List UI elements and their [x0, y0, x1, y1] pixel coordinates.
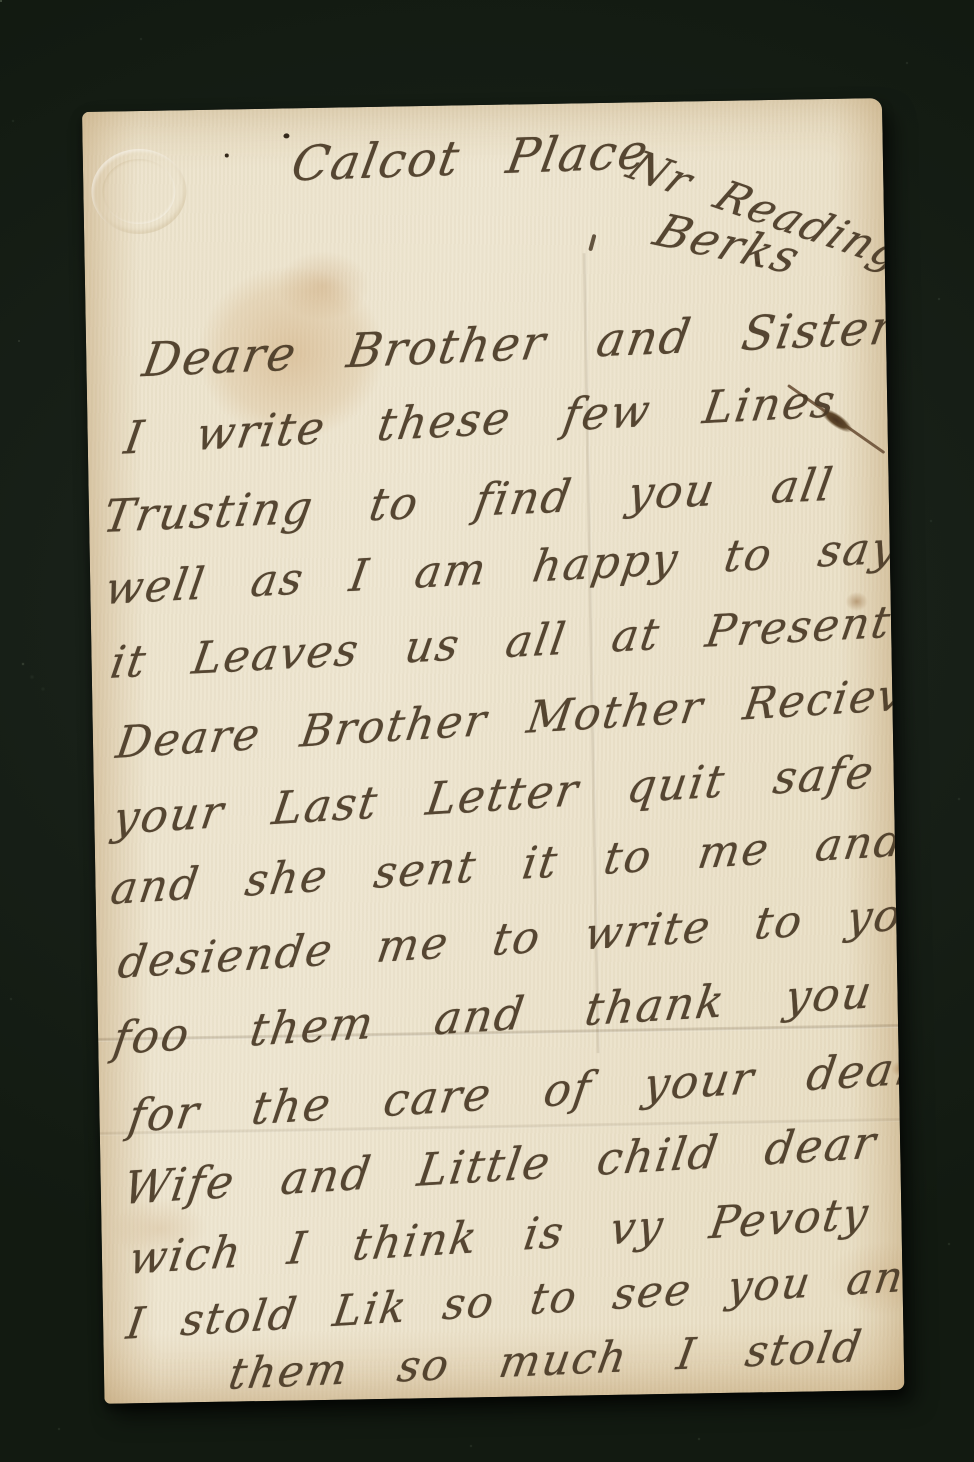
letter-line: Deare Brother and Sister	[139, 300, 900, 388]
background-speckles	[0, 0, 2, 2]
embossed-seal-ring	[102, 159, 175, 225]
letter-heading-place: Calcot Place	[288, 124, 654, 193]
letter-line: I write these few Lines	[121, 374, 841, 465]
photo-of-letter: Calcot Place Nr Reading Berks Deare Brot…	[0, 0, 974, 1462]
ink-speck	[283, 133, 289, 138]
stray-ink-mark	[588, 234, 596, 251]
ink-speck	[225, 153, 229, 157]
letter-line: it Leaves us all at Present	[107, 597, 895, 689]
embossed-seal	[91, 148, 187, 235]
letter-paper: Calcot Place Nr Reading Berks Deare Brot…	[82, 98, 904, 1404]
